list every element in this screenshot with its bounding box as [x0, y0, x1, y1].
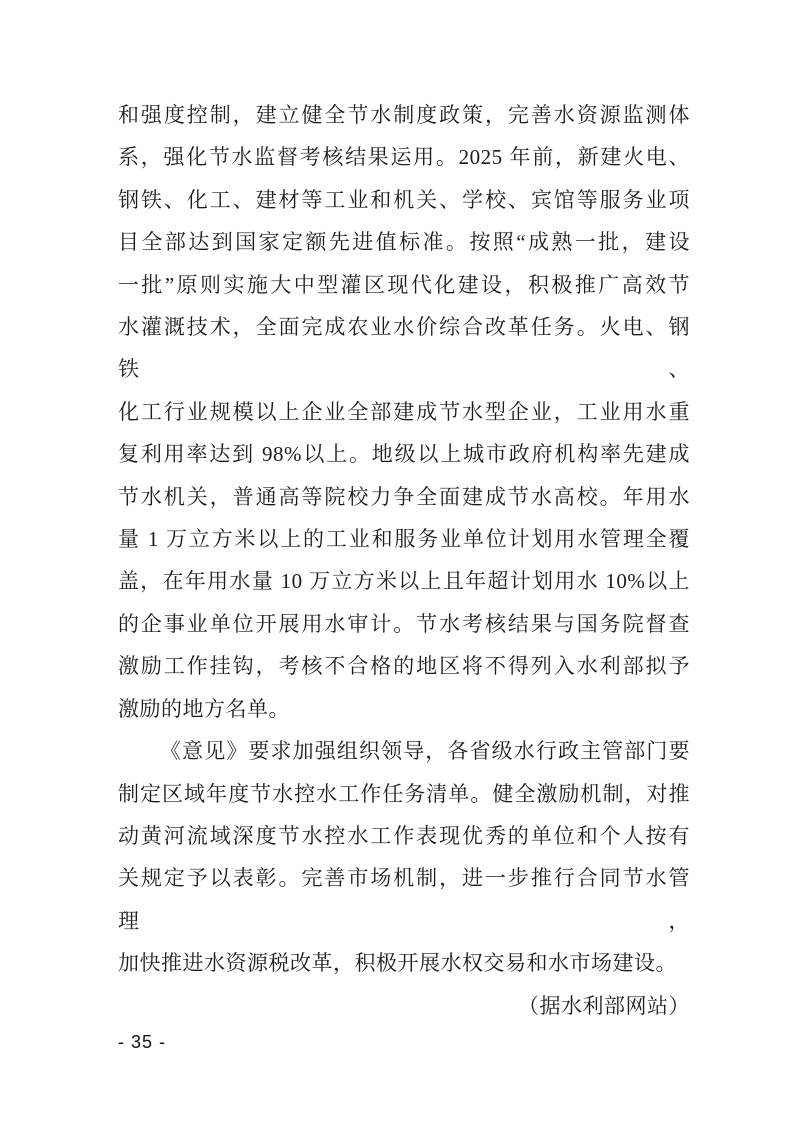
text-line: 盖，在年用水量 10 万立方米以上且年超计划用水 10%以上: [118, 560, 690, 602]
text-line: 量 1 万立方米以上的工业和服务业单位计划用水管理全覆: [118, 518, 690, 560]
paragraph-two: 《意见》要求加强组织领导，各省级水行政主管部门要 制定区域年度节水控水工作任务清…: [118, 730, 690, 984]
text-line: 和强度控制，建立健全节水制度政策，完善水资源监测体: [118, 94, 690, 136]
text-line: 激励工作挂钩，考核不合格的地区将不得列入水利部拟予: [118, 645, 690, 687]
document-body: 和强度控制，建立健全节水制度政策，完善水资源监测体 系，强化节水监督考核结果运用…: [118, 94, 690, 1027]
text-line: 一批”原则实施大中型灌区现代化建设，积极推广高效节: [118, 264, 690, 306]
text-line: 《意见》要求加强组织领导，各省级水行政主管部门要: [118, 730, 690, 772]
document-page: 和强度控制，建立健全节水制度政策，完善水资源监测体 系，强化节水监督考核结果运用…: [0, 0, 800, 1131]
paragraph-continuation: 和强度控制，建立健全节水制度政策，完善水资源监测体 系，强化节水监督考核结果运用…: [118, 94, 690, 730]
text-line: 水灌溉技术，全面完成农业水价综合改革任务。火电、钢铁、: [118, 306, 690, 391]
text-line: 化工行业规模以上企业全部建成节水型企业，工业用水重: [118, 391, 690, 433]
text-line: 制定区域年度节水控水工作任务清单。健全激励机制，对推: [118, 773, 690, 815]
text-line: 动黄河流域深度节水控水工作表现优秀的单位和个人按有: [118, 815, 690, 857]
text-line: 钢铁、化工、建材等工业和机关、学校、宾馆等服务业项: [118, 179, 690, 221]
text-line: 加快推进水资源税改革，积极开展水权交易和水市场建设。: [118, 942, 690, 984]
text-line: 复利用率达到 98%以上。地级以上城市政府机构率先建成: [118, 433, 690, 475]
page-number: - 35 -: [118, 1032, 166, 1053]
text-line: 目全部达到国家定额先进值标准。按照“成熟一批，建设: [118, 221, 690, 263]
text-line: 节水机关，普通高等院校力争全面建成节水高校。年用水: [118, 476, 690, 518]
text-line: 的企事业单位开展用水审计。节水考核结果与国务院督查: [118, 603, 690, 645]
attribution-line: （据水利部网站）: [118, 985, 690, 1027]
text-line: 关规定予以表彰。完善市场机制，进一步推行合同节水管理，: [118, 857, 690, 942]
text-line: 系，强化节水监督考核结果运用。2025 年前，新建火电、: [118, 136, 690, 178]
text-line: 激励的地方名单。: [118, 688, 690, 730]
